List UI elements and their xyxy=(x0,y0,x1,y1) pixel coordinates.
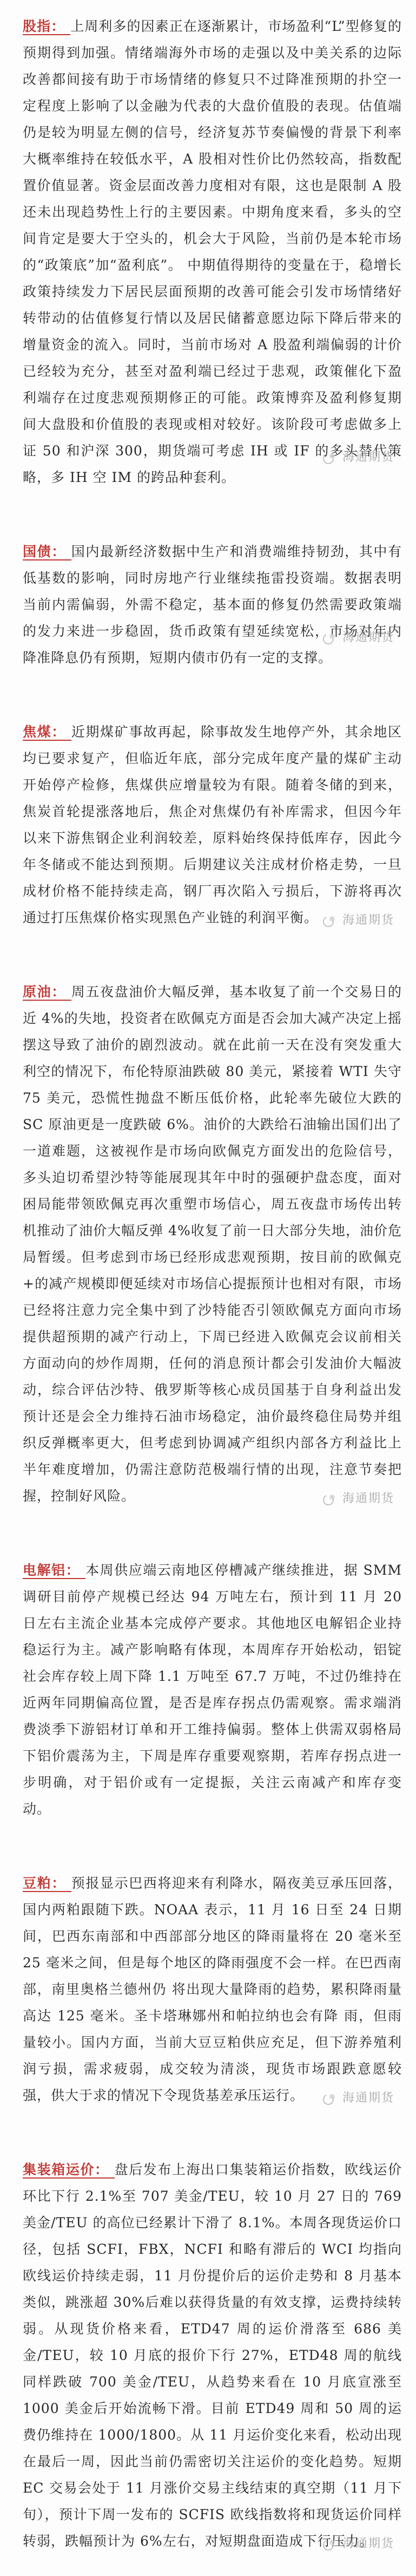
section-body: 上周利多的因素正在逐渐累计，市场盈利“L”型修复的预期得到加强。情绪端海外市场的… xyxy=(23,18,402,485)
watermark-label: 海通期货 xyxy=(342,912,394,929)
section-soybean-meal: 豆粕：预报显示巴西将迎来有利降水，隔夜美豆承压回落，国内两粕跟随下跌。NOAA … xyxy=(23,1870,402,2109)
watermark-label: 海通期货 xyxy=(342,1491,394,1507)
document-page: 股指：上周利多的因素正在逐渐累计，市场盈利“L”型修复的预期得到加强。情绪端海外… xyxy=(0,0,416,2576)
section-title: 原油： xyxy=(23,984,71,1001)
section-treasury-bonds: 国债：国内最新经济数据中生产和消费端维持韧劲，其中有低基数的影响，同时房地产行业… xyxy=(23,538,402,671)
section-body: 盘后发布上海出口集装箱运价指数，欧线运价环比下行 2.1%至 707 美金/TE… xyxy=(23,2162,402,2549)
haitong-logo-icon xyxy=(321,913,339,928)
section-stock-index: 股指：上周利多的因素正在逐渐累计，市场盈利“L”型修复的预期得到加强。情绪端海外… xyxy=(23,13,402,491)
watermark: 海通期货 xyxy=(321,1491,394,1507)
section-container-freight: 集装箱运价：盘后发布上海出口集装箱运价指数，欧线运价环比下行 2.1%至 707… xyxy=(23,2156,402,2554)
section-title: 股指： xyxy=(23,18,70,35)
watermark: 海通期货 xyxy=(321,2090,394,2107)
section-body: 本周供应端云南地区停槽减产继续推进，据 SMM 调研目前停产规模已经达 94 万… xyxy=(23,1562,402,1817)
section-title: 豆粕： xyxy=(23,1875,71,1892)
section-body: 近期煤矿事故再起，除事故发生地停产外，其余地区均已要求复产，但临近年底，部分完成… xyxy=(23,724,402,925)
watermark-label: 海通期货 xyxy=(342,2090,394,2107)
haitong-logo-icon xyxy=(321,2091,339,2106)
section-body: 国内最新经济数据中生产和消费端维持韧劲，其中有低基数的影响，同时房地产行业继续拖… xyxy=(23,544,402,666)
watermark: 海通期货 xyxy=(321,912,394,929)
section-crude-oil: 原油：周五夜盘油价大幅反弹，基本收复了前一个交易日的近 4%的失地，投资者在欧佩… xyxy=(23,979,402,1509)
section-body: 周五夜盘油价大幅反弹，基本收复了前一个交易日的近 4%的失地，投资者在欧佩克方面… xyxy=(23,984,402,1504)
section-coking-coal: 焦煤：近期煤矿事故再起，除事故发生地停产外，其余地区均已要求复产，但临近年底，部… xyxy=(23,719,402,931)
section-title: 电解铝： xyxy=(23,1562,85,1579)
section-title: 集装箱运价： xyxy=(23,2162,115,2179)
section-title: 国债： xyxy=(23,544,71,560)
section-aluminum: 电解铝：本周供应端云南地区停槽减产继续推进，据 SMM 调研目前停产规模已经达 … xyxy=(23,1557,402,1822)
section-title: 焦煤： xyxy=(23,724,71,741)
haitong-logo-icon xyxy=(321,1491,339,1507)
section-body: 预报显示巴西将迎来有利降水，隔夜美豆承压回落，国内两粕跟随下跌。NOAA 表示，… xyxy=(23,1875,402,2103)
